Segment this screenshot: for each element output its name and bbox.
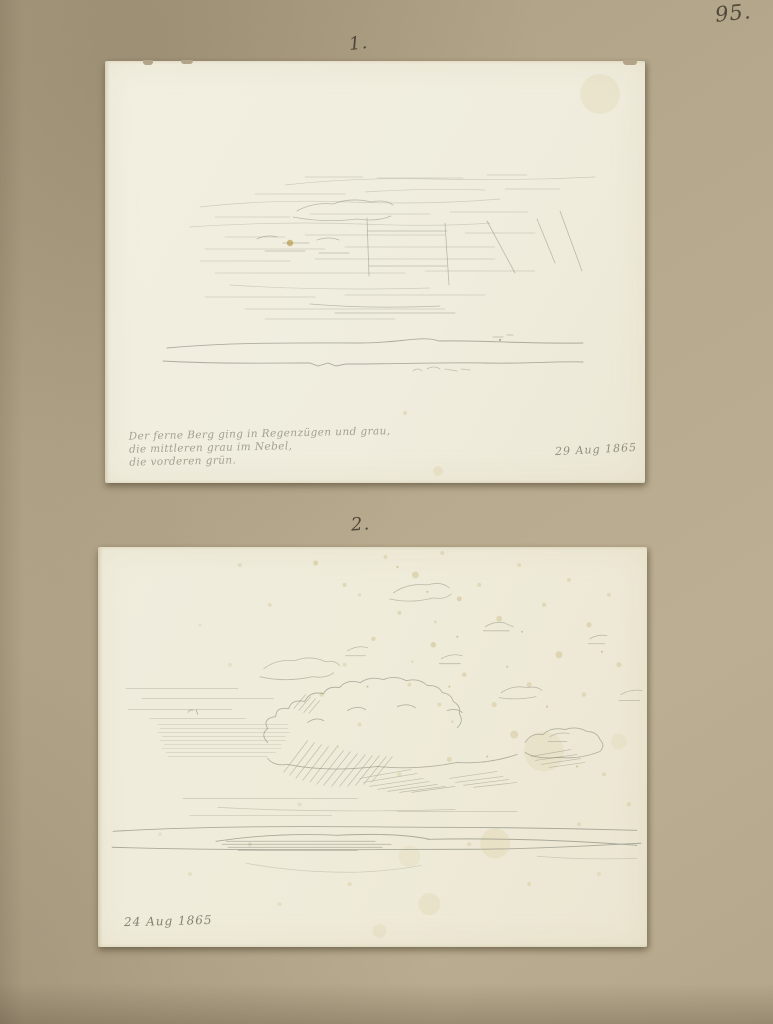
sketch-1-inscription: Der ferne Berg ging in Regenzügen und gr… [129, 425, 380, 469]
page-number: 95. [713, 0, 752, 27]
sketch-2-index-label: 2. [350, 513, 371, 535]
album-page: 95. 1. [0, 0, 773, 1024]
sketch-1-index-label: 1. [348, 32, 369, 55]
sketch-1-sheet: Der ferne Berg ging in Regenzügen und gr… [105, 61, 645, 483]
sketch-2-sheet: 24 Aug 1865 [98, 547, 647, 947]
illegible-annotation [413, 367, 470, 371]
sketch-1-drawing [105, 61, 645, 484]
sketch-2-date: 24 Aug 1865 [124, 913, 213, 929]
sketch-2-drawing [98, 547, 647, 947]
